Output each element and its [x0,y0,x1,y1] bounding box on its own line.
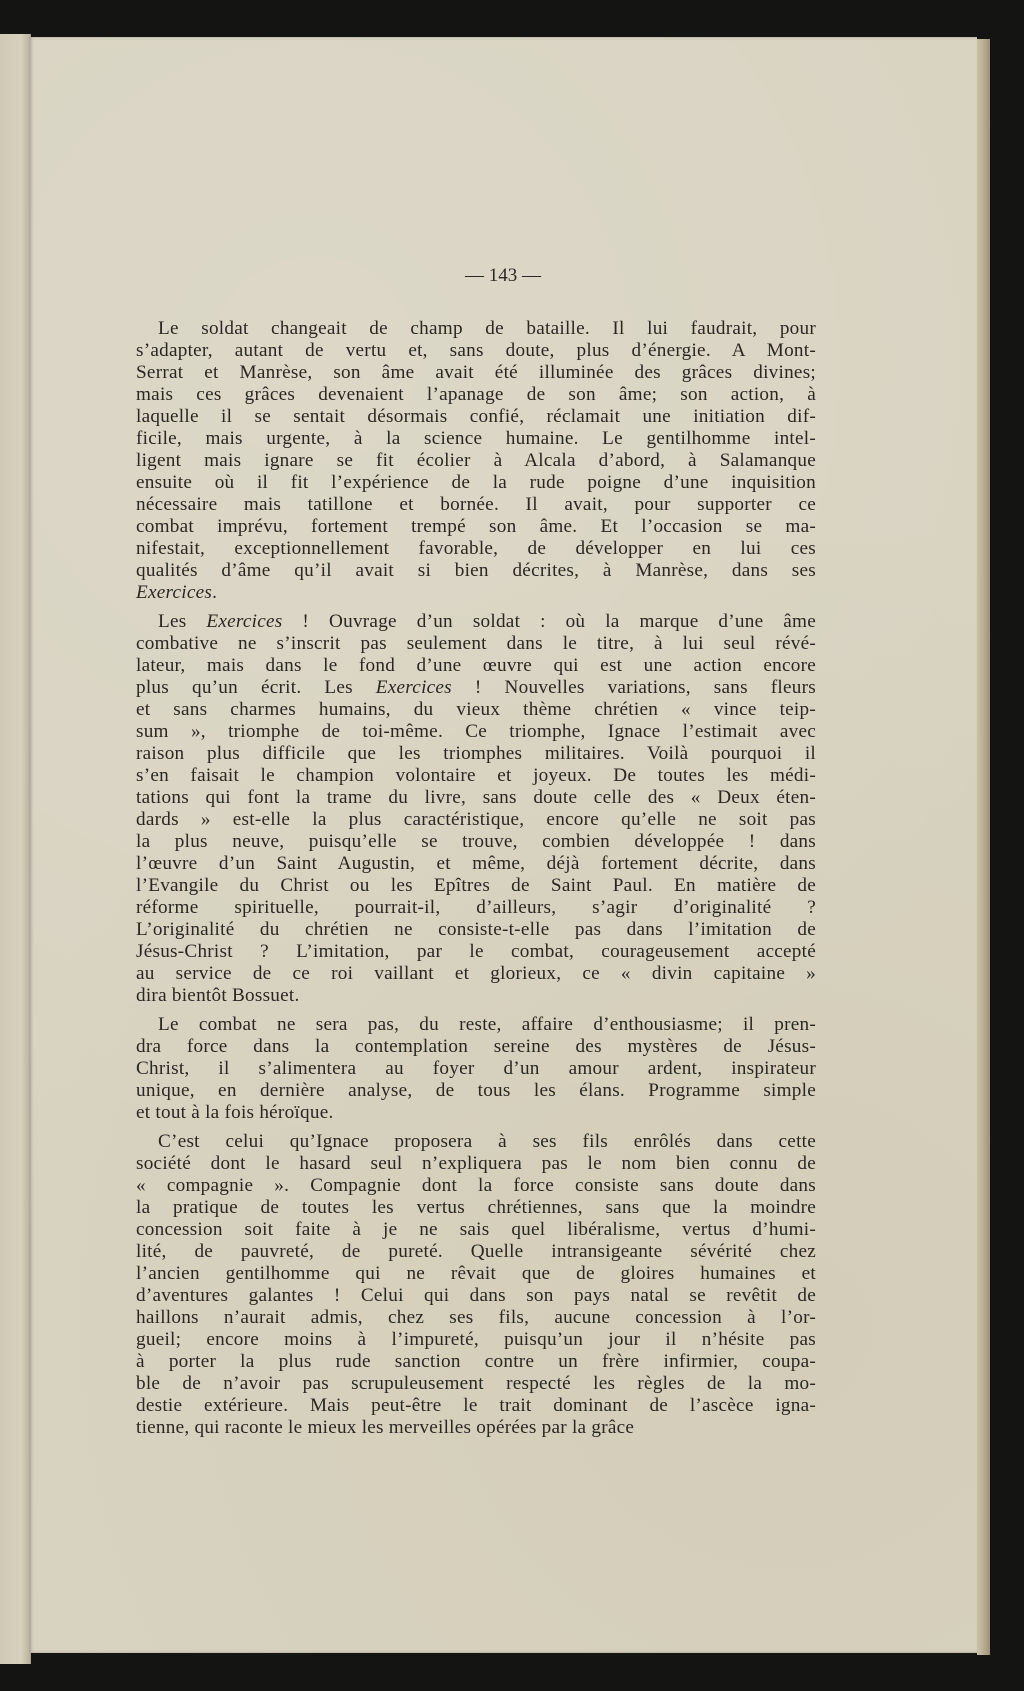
text-line: ensuite où il fit l’expérience de la rud… [136,472,816,494]
text-line: réforme spirituelle, pourrait-il, d’aill… [136,897,816,919]
paragraph-4: C’est celui qu’Ignace proposera à ses fi… [136,1131,816,1439]
text-line: s’en faisait le champion volontaire et j… [136,765,816,787]
text-line: Les Exercices ! Ouvrage d’un soldat : où… [136,611,816,633]
text-line: dira bientôt Bossuet. [136,985,816,1007]
text-line: et tout à la fois héroïque. [136,1102,816,1124]
text-line: mais ces grâces devenaient l’apanage de … [136,384,816,406]
text-line: au service de ce roi vaillant et glorieu… [136,963,816,985]
text-line: gueil; encore moins à l’impureté, puisqu… [136,1329,816,1351]
text-line: C’est celui qu’Ignace proposera à ses fi… [136,1131,816,1153]
text-line: ble de n’avoir pas scrupuleusement respe… [136,1373,816,1395]
text-line: ficile, mais urgente, à la science humai… [136,428,816,450]
text-line: L’originalité du chrétien ne consiste-t-… [136,919,816,941]
text-line: Le soldat changeait de champ de bataille… [136,318,816,340]
page-number: — 143 — [29,265,977,287]
text-line: Jésus-Christ ? L’imitation, par le comba… [136,941,816,963]
text-line: dra force dans la contemplation sereine … [136,1036,816,1058]
paragraph-2: Les Exercices ! Ouvrage d’un soldat : où… [136,611,816,1007]
text-line: plus qu’un écrit. Les Exercices ! Nouvel… [136,677,816,699]
text-line: tations qui font la trame du livre, sans… [136,787,816,809]
text-line: « compagnie ». Compagnie dont la force c… [136,1175,816,1197]
text-line: combat imprévu, fortement trempé son âme… [136,516,816,538]
text-line: haillons n’aurait admis, chez ses fils, … [136,1307,816,1329]
text-line: Exercices. [136,582,816,604]
paragraph-1: Le soldat changeait de champ de bataille… [136,318,816,604]
body-text: Le soldat changeait de champ de bataille… [136,318,816,1446]
book-page: — 143 — Le soldat changeait de champ de … [29,37,977,1653]
text-line: la pratique de toutes les vertus chrétie… [136,1197,816,1219]
text-line: laquelle il se sentait désormais confié,… [136,406,816,428]
text-line: ligent mais ignare se fit écolier à Alca… [136,450,816,472]
text-line: dards » est-elle la plus caractéristique… [136,809,816,831]
text-line: lateur, mais dans le fond d’une œuvre qu… [136,655,816,677]
text-line: nifestait, exceptionnellement favorable,… [136,538,816,560]
text-line: à porter la plus rude sanction contre un… [136,1351,816,1373]
text-line: l’œuvre d’un Saint Augustin, et même, dé… [136,853,816,875]
text-line: Serrat et Manrèse, son âme avait été ill… [136,362,816,384]
text-line: qualités d’âme qu’il avait si bien décri… [136,560,816,582]
text-line: lité, de pauvreté, de pureté. Quelle int… [136,1241,816,1263]
text-line: s’adapter, autant de vertu et, sans dout… [136,340,816,362]
right-page-edge [977,39,990,1655]
text-line: l’ancien gentilhomme qui ne rêvait que d… [136,1263,816,1285]
text-line: Christ, il s’alimentera au foyer d’un am… [136,1058,816,1080]
text-line: concession soit faite à je ne sais quel … [136,1219,816,1241]
text-line: nécessaire mais tatillone et bornée. Il … [136,494,816,516]
text-line: Le combat ne sera pas, du reste, affaire… [136,1014,816,1036]
text-line: la plus neuve, puisqu’elle se trouve, co… [136,831,816,853]
text-line: d’aventures galantes ! Celui qui dans so… [136,1285,816,1307]
text-line: destie extérieure. Mais peut-être le tra… [136,1395,816,1417]
text-line: et sans charmes humains, du vieux thème … [136,699,816,721]
text-line: raison plus difficile que les triomphes … [136,743,816,765]
left-page-edge [0,34,31,1664]
text-line: unique, en dernière analyse, de tous les… [136,1080,816,1102]
text-line: l’Evangile du Christ ou les Epîtres de S… [136,875,816,897]
text-line: société dont le hasard seul n’expliquera… [136,1153,816,1175]
text-line: tienne, qui raconte le mieux les merveil… [136,1417,816,1439]
text-line: sum », triomphe de toi-même. Ce triomphe… [136,721,816,743]
paragraph-3: Le combat ne sera pas, du reste, affaire… [136,1014,816,1124]
text-line: combative ne s’inscrit pas seulement dan… [136,633,816,655]
